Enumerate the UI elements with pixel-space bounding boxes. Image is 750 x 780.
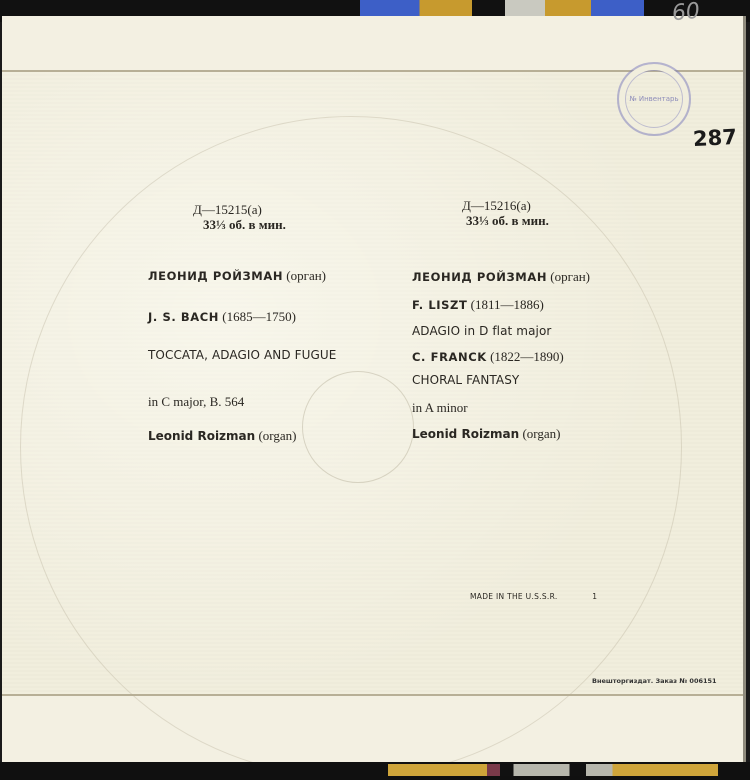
inventory-number: 287 <box>692 125 737 151</box>
side-a-performer-ru: ЛЕОНИД РОЙЗМАН <box>148 269 283 283</box>
made-in-line: MADE IN THE U.S.S.R. 1 <box>470 592 597 601</box>
side-a-catalog: Д—15215(а) 33⅓ об. в мин. <box>193 202 286 232</box>
side-b-composer-1: F. LISZT <box>412 298 467 312</box>
side-b-performer-en: Leonid Roizman <box>412 427 519 441</box>
side-b-composer-1-line: F. LISZT (1811—1886) <box>412 297 544 313</box>
side-a-composer-line: J. S. BACH (1685—1750) <box>148 309 296 325</box>
side-b-composer-2-line: C. FRANCK (1822—1890) <box>412 349 564 365</box>
side-a-performer-ru-role: (орган) <box>286 268 326 283</box>
side-a-speed: 33⅓ об. в мин. <box>193 217 286 232</box>
printer-order: Внешторгиздат. Заказ № 006151 <box>592 677 717 685</box>
top-fold-flap <box>2 16 743 72</box>
side-b-composer-2-dates: (1822—1890) <box>490 349 564 364</box>
front-cover-art-strip <box>360 0 690 16</box>
side-a-composer-dates: (1685—1750) <box>222 309 296 324</box>
stamp-text: № Инвентарь <box>629 95 678 103</box>
sleeve-bottom-edge <box>0 762 750 780</box>
made-in-ussr: MADE IN THE U.S.S.R. <box>470 592 558 601</box>
side-b-catalog: Д—15216(а) 33⅓ об. в мин. <box>462 198 549 228</box>
side-b-work-2-title: CHORAL FANTASY <box>412 373 519 387</box>
side-b-performer-ru: ЛЕОНИД РОЙЗМАН <box>412 270 547 284</box>
library-stamp: № Инвентарь <box>617 62 691 136</box>
side-b-performer-en-line: Leonid Roizman (organ) <box>412 426 560 442</box>
side-b-performer-en-role: (organ) <box>522 426 560 441</box>
side-b-composer-1-dates: (1811—1886) <box>471 297 544 312</box>
side-b-performer-ru-line: ЛЕОНИД РОЙЗМАН (орган) <box>412 269 590 285</box>
side-a-performer-en: Leonid Roizman <box>148 429 255 443</box>
side-b-speed: 33⅓ об. в мин. <box>462 213 549 228</box>
side-a-performer-en-line: Leonid Roizman (organ) <box>148 428 296 444</box>
side-a-performer-en-role: (organ) <box>258 428 296 443</box>
pencil-price-note: 60 <box>671 0 701 26</box>
side-b-work-2-key: in A minor <box>412 400 468 416</box>
side-a-performer-ru-line: ЛЕОНИД РОЙЗМАН (орган) <box>148 268 326 284</box>
front-cover-art-strip-bottom <box>388 764 718 776</box>
side-a-work-title: TOCCATA, ADAGIO AND FUGUE <box>148 348 336 362</box>
side-a-composer: J. S. BACH <box>148 310 219 324</box>
side-a-work-key: in C major, B. 564 <box>148 394 244 410</box>
page-number: 1 <box>592 592 597 601</box>
side-b-work-1: ADAGIO in D flat major <box>412 324 551 338</box>
side-b-catalog-number: Д—15216(а) <box>462 198 549 213</box>
disc-ring-wear <box>20 116 682 778</box>
bottom-fold-flap <box>2 694 743 764</box>
side-b-composer-2: C. FRANCK <box>412 350 487 364</box>
side-a-catalog-number: Д—15215(а) <box>193 202 286 217</box>
label-ring-wear <box>302 371 414 483</box>
side-b-performer-ru-role: (орган) <box>550 269 590 284</box>
